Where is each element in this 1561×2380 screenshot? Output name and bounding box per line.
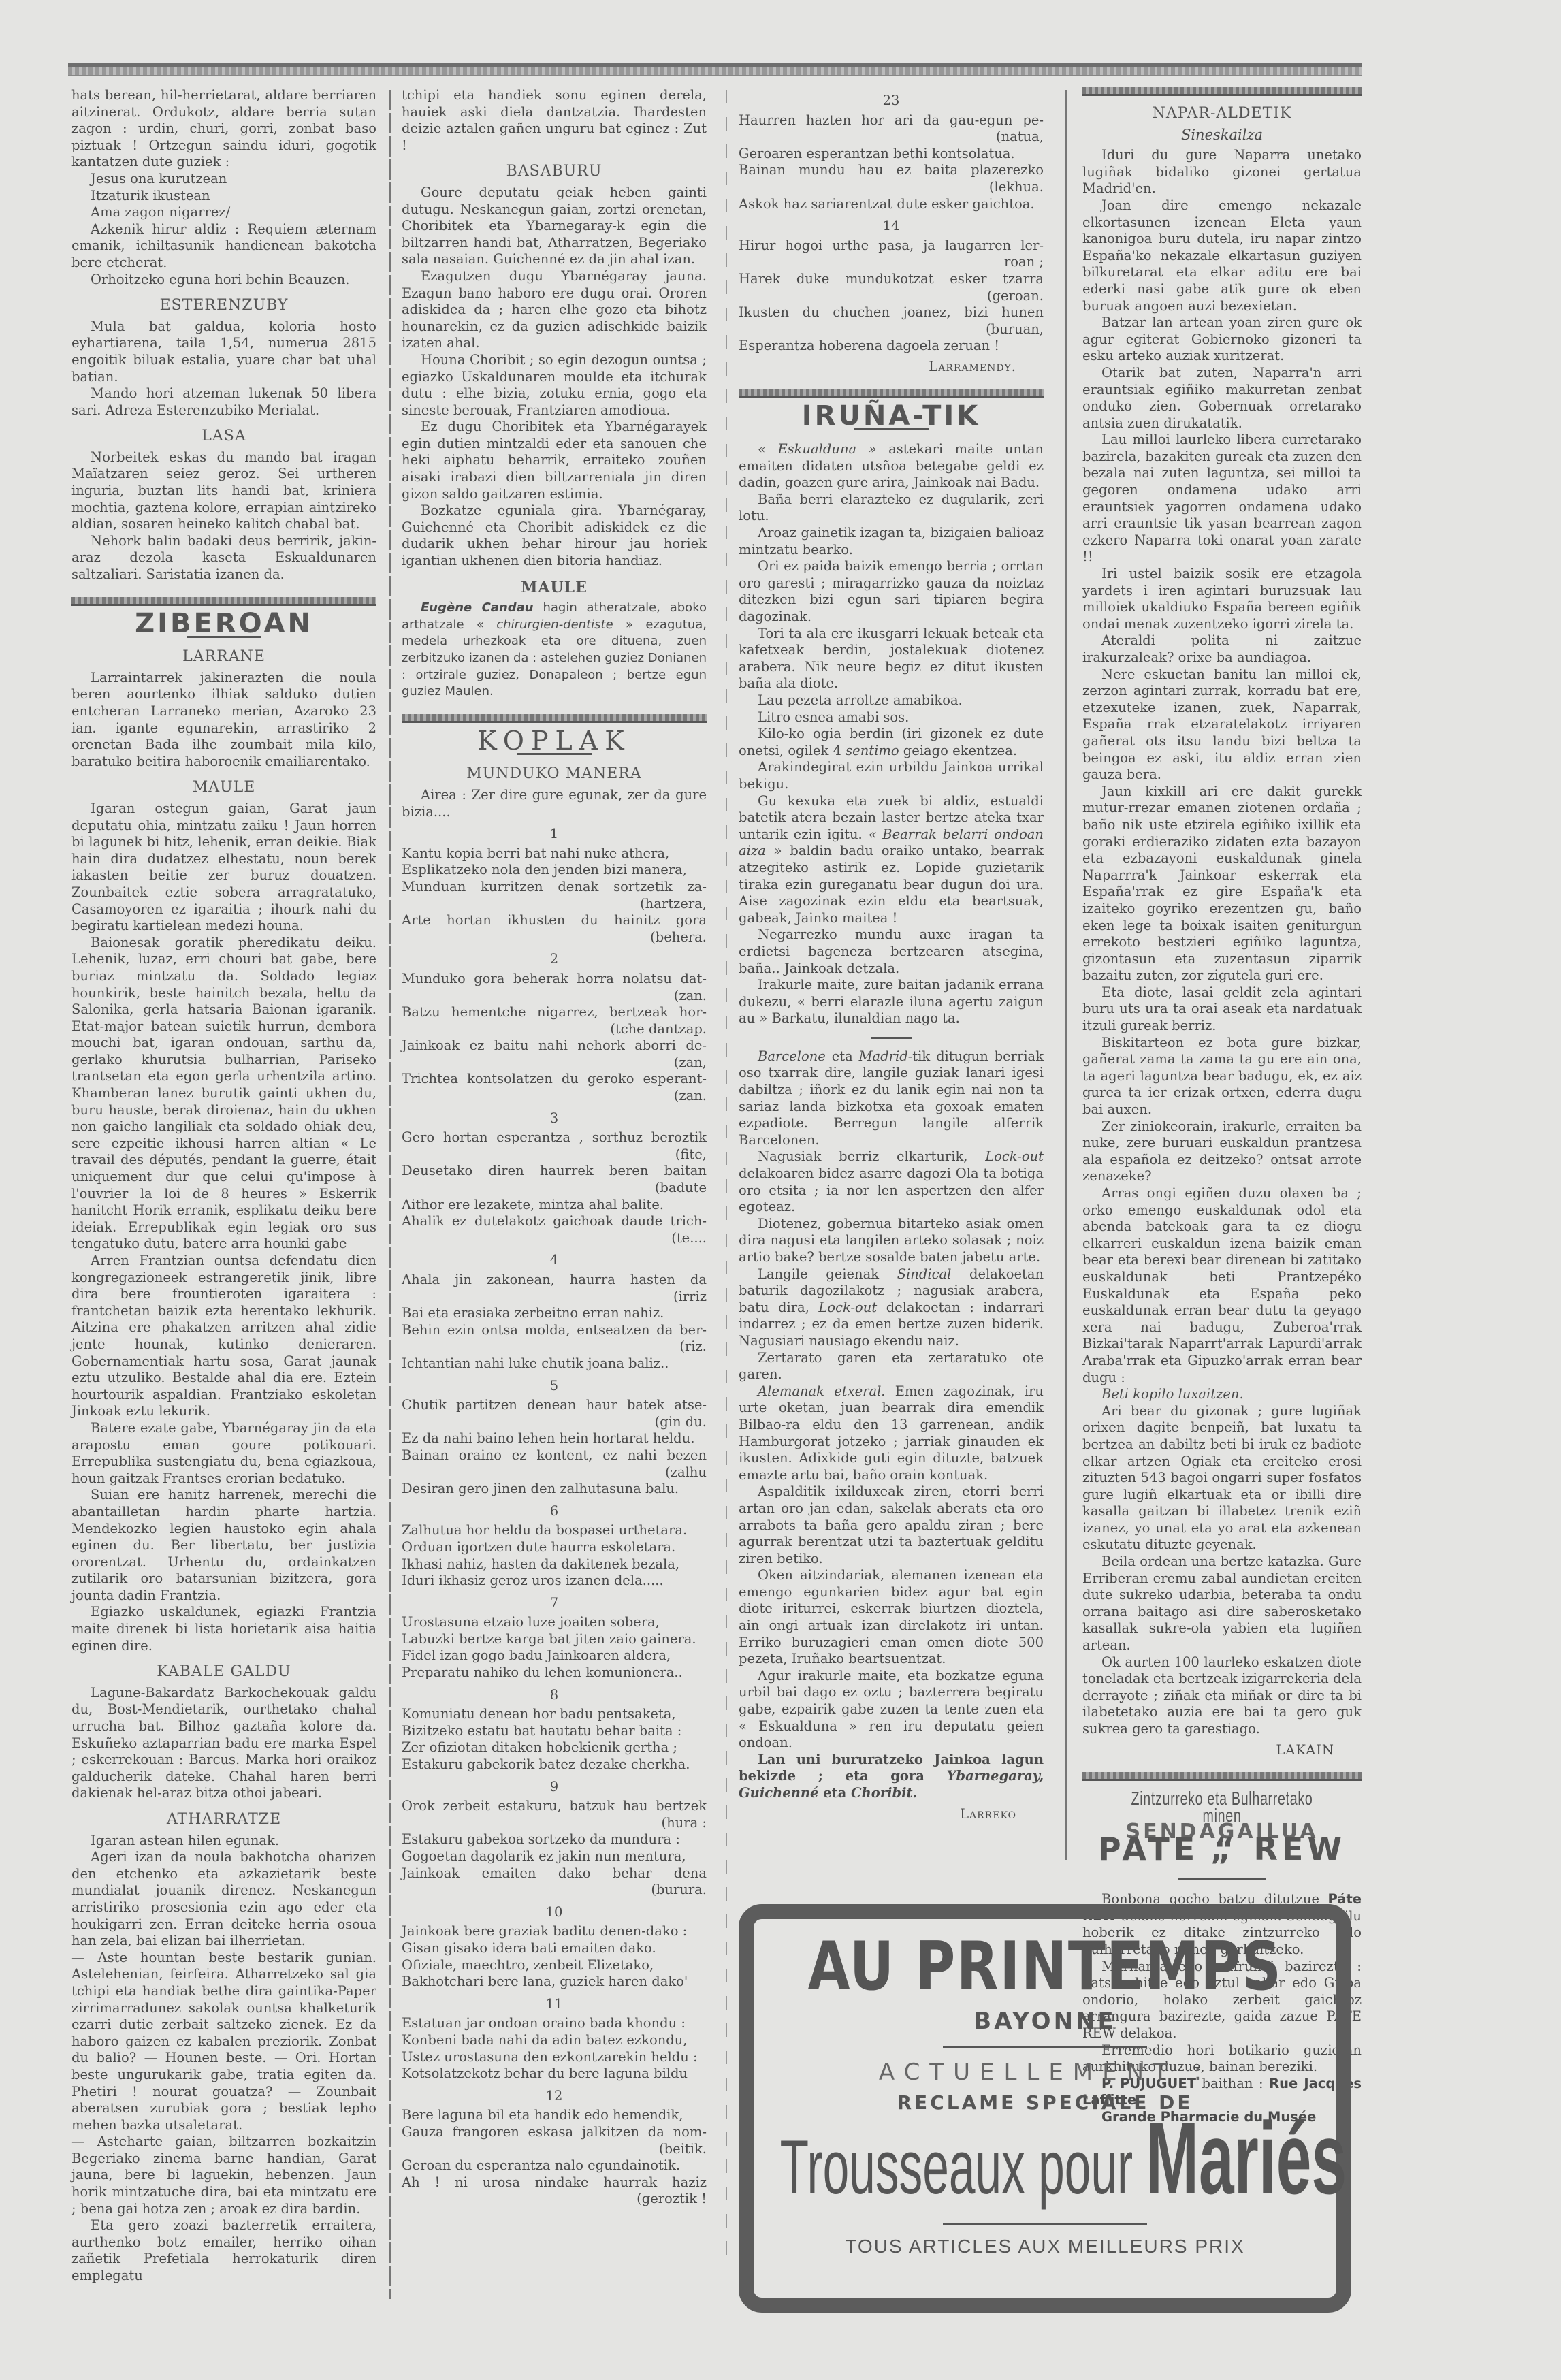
paragraph: Iduri du gure Naparra unetako lugiñak bi…: [1082, 147, 1362, 197]
article-text: hats berean, hil-herrietarat, aldare ber…: [71, 87, 376, 171]
column-4: NAPAR-ALDETIK Sineskailza Iduri du gure …: [1082, 87, 1362, 2125]
verse-continuation: (riz.: [402, 1338, 707, 1355]
column-divider: [1065, 90, 1067, 1860]
section-rule: [1082, 87, 1362, 96]
verse-line: Desiran gero jinen den zalhutasuna balu.: [402, 1481, 707, 1498]
hymn: Jesus ona kurutzean Itzaturik ikustean A…: [71, 171, 376, 221]
stanza-number: 2: [402, 951, 707, 968]
verse-line: Urostasuna etzaio luze joaiten sobera,: [402, 1614, 707, 1631]
verse-continuation: (zan.: [402, 1088, 707, 1105]
paragraph: Ari bear du gizonak ; gure lugiñak orixe…: [1082, 1403, 1362, 1554]
dentist-notice: Eugène Candau hagin atheratzale, aboko a…: [402, 600, 707, 701]
verse-continuation: roan ;: [739, 254, 1044, 271]
verse-line: Bainan oraino ez kontent, ez nahi bezen: [402, 1447, 707, 1464]
paragraph: Beti kopilo luxaitzen.: [1082, 1386, 1362, 1403]
verse-line: Orok zerbeit estakuru, batzuk hau bertze…: [402, 1798, 707, 1815]
ad-rule: [943, 2223, 1147, 2225]
verse-line: Ofiziale, maechtro, zenbeit Elizetako,: [402, 1957, 707, 1974]
stanza-number: 11: [402, 1996, 707, 2013]
paragraph: Arras ongi egiñen duzu olaxen ba ; orko …: [1082, 1185, 1362, 1386]
town-heading: MAULE: [71, 779, 376, 797]
signature: Larramendy.: [739, 359, 1044, 376]
column-2: tchipi eta handiek sonu eginen derela, h…: [402, 87, 707, 2208]
stanza-number: 8: [402, 1687, 707, 1704]
poem-stanzas: 23Haurren hazten hor ari da gau-egun pe-…: [739, 93, 1044, 355]
verse-continuation: (hura :: [402, 1815, 707, 1832]
verse-line: Gauza frangoren eskasa jalkitzen da nom-: [402, 2124, 707, 2141]
verse-continuation: (zalhu: [402, 1464, 707, 1481]
ad-tagline: TOUS ARTICLES AUX MEILLEURS PRIX: [754, 2236, 1336, 2257]
verse-line: Askok haz sariarentzat dute esker gaicht…: [739, 196, 1044, 213]
paragraph: Zer ziniokeorain, irakurle, erraiten ba …: [1082, 1119, 1362, 1185]
verse-line: Geroaren esperantzan bethi kontsolatua.: [739, 146, 1044, 163]
stanza-number: 7: [402, 1595, 707, 1612]
verse-line: Trichtea kontsolatzen du geroko esperant…: [402, 1071, 707, 1088]
verse-line: Kotsolatzekotz behar du bere laguna bild…: [402, 2065, 707, 2082]
town-heading: BASABURU: [402, 163, 707, 180]
verse-line: Chutik partitzen denean haur batek atse-: [402, 1397, 707, 1414]
verse-continuation: (behera.: [402, 929, 707, 946]
verse-continuation: (irriz: [402, 1289, 707, 1306]
verse-line: Geroan du esperantza nalo egundainotik.: [402, 2157, 707, 2174]
verse-line: Ah ! ni urosa nindake haurrak haziz: [402, 2174, 707, 2191]
verse-line: Behin ezin ontsa molda, entseatzen da be…: [402, 1322, 707, 1339]
town-heading: MAULE: [402, 579, 707, 596]
article-body: Iduri du gure Naparra unetako lugiñak bi…: [1082, 147, 1362, 1737]
poem-air: Airea : Zer dire gure egunak, zer da gur…: [402, 787, 707, 820]
column-divider: [389, 90, 391, 2299]
verse-line: Bakhotchari bere lana, guziek haren dako…: [402, 1974, 707, 1991]
signature: Larreko: [739, 1806, 1044, 1823]
verse-line: Munduan kurritzen denak sortzetik za-: [402, 879, 707, 896]
ad-title: AU PRINTEMPS: [806, 1926, 1284, 2008]
verse-continuation: (fite,: [402, 1146, 707, 1163]
poem-title: MUNDUKO MANERA: [402, 766, 707, 783]
verse-continuation: (tche dantzap.: [402, 1021, 707, 1038]
paragraph: Ok aurten 100 laurleko eskatzen diote to…: [1082, 1654, 1362, 1738]
town-heading: KABALE GALDU: [71, 1664, 376, 1681]
verse-continuation: (beitik.: [402, 2141, 707, 2158]
verse-line: Jainkoak ez baitu nahi nehork aborri de-: [402, 1038, 707, 1055]
verse-line: Hirur hogoi urthe pasa, ja laugarren ler…: [739, 238, 1044, 255]
verse-continuation: (gin du.: [402, 1414, 707, 1431]
paragraph: Beila ordean una bertze katazka. Gure Er…: [1082, 1554, 1362, 1654]
section-title: IRUÑA-TIK: [739, 408, 1044, 425]
verse-line: Zalhutua hor heldu da bospasei urthetara…: [402, 1522, 707, 1539]
stanza-number: 23: [739, 93, 1044, 110]
article-title: NAPAR-ALDETIK: [1082, 106, 1362, 123]
verse-line: Bere laguna bil eta handik edo hemendik,: [402, 2107, 707, 2124]
paragraph: Iri ustel baizik sosik ere etzagola yard…: [1082, 566, 1362, 632]
column-3: 23Haurren hazten hor ari da gau-egun pe-…: [739, 87, 1044, 1827]
verse-line: Deusetako diren haurrek beren baitan: [402, 1163, 707, 1180]
verse-line: Zer ofiziotan ditaken hobekienik gertha …: [402, 1739, 707, 1756]
verse-line: Ez da nahi baino lehen hein hortarat hel…: [402, 1430, 707, 1447]
paragraph: Batzar lan artean yoan ziren gure ok agu…: [1082, 315, 1362, 365]
verse-line: Gisan gisako idera bati emaiten dako.: [402, 1940, 707, 1957]
verse-line: Iduri ikhasiz geroz uros izanen dela....…: [402, 1573, 707, 1590]
verse-line: Konbeni bada nahi da adin batez ezkondu,: [402, 2032, 707, 2049]
verse-line: Orduan igortzen dute haurra eskoletara.: [402, 1539, 707, 1556]
ad-rule: [943, 2046, 1147, 2048]
section-rule: [739, 389, 1044, 398]
paragraph: Otarik bat zuten, Naparra'n arri eraunts…: [1082, 365, 1362, 432]
paragraph: Biskitarteon ez bota gure bizkar, gañera…: [1082, 1035, 1362, 1119]
verse-line: Labuzki bertze karga bat jiten zaio gain…: [402, 1631, 707, 1648]
verse-continuation: (natua,: [739, 129, 1044, 146]
newspaper-page: hats berean, hil-herrietarat, aldare ber…: [68, 63, 1362, 2364]
stanza-number: 5: [402, 1378, 707, 1395]
verse-line: Komuniatu denean hor badu pentsaketa,: [402, 1706, 707, 1723]
verse-line: Ustez urostasuna den ezkontzarekin heldu…: [402, 2049, 707, 2066]
verse-line: Munduko gora beherak horra nolatsu dat-: [402, 971, 707, 988]
paragraph: Ateraldi polita ni zaitzue irakurzaleak?…: [1082, 632, 1362, 666]
verse-continuation: (zan.: [402, 988, 707, 1005]
verse-line: Bizitzeko estatu bat hautatu behar baita…: [402, 1723, 707, 1740]
verse-line: Esplikatzeko nola den jenden bizi manera…: [402, 862, 707, 879]
verse-continuation: (te....: [402, 1230, 707, 1247]
signature: LAKAIN: [1082, 1742, 1362, 1759]
verse-line: Jainkoak emaiten dako behar dena: [402, 1865, 707, 1882]
verse-line: Haurren hazten hor ari da gau-egun pe-: [739, 112, 1044, 129]
article-subtitle: Sineskailza: [1082, 127, 1362, 144]
stanza-number: 4: [402, 1252, 707, 1269]
verse-continuation: (badute: [402, 1180, 707, 1197]
verse-continuation: (buruan,: [739, 321, 1044, 338]
verse-line: Arte hortan ikhusten du hainitz gora: [402, 912, 707, 929]
town-heading: ESTERENZUBY: [71, 297, 376, 315]
town-heading: LARRANE: [71, 649, 376, 666]
top-rule: [68, 63, 1362, 76]
verse-line: Bai eta erasiaka zerbeitno erran nahiz.: [402, 1305, 707, 1322]
paragraph: Lau milloi laurleko libera curretarako b…: [1082, 432, 1362, 566]
verse-line: Esperantza hoberena dagoela zeruan !: [739, 338, 1044, 355]
stanza-number: 3: [402, 1110, 707, 1127]
town-heading: ATHARRATZE: [71, 1812, 376, 1829]
ad-now: ACTUELLEMENT :: [754, 2059, 1336, 2086]
stanza-number: 1: [402, 826, 707, 843]
verse-line: Harek duke mundukotzat esker tzarra: [739, 271, 1044, 288]
verse-line: Ikusten du chuchen joanez, bizi hunen: [739, 304, 1044, 321]
column-1: hats berean, hil-herrietarat, aldare ber…: [71, 87, 376, 2285]
stanza-number: 14: [739, 218, 1044, 235]
paragraph: Joan dire emengo nekazale elkortasunen i…: [1082, 197, 1362, 315]
stanza-number: 10: [402, 1904, 707, 1921]
verse-line: Estatuan jar ondoan oraino bada khondu :: [402, 2015, 707, 2032]
paragraph: Jaun kixkill ari ere dakit gurekk mutur-…: [1082, 784, 1362, 984]
verse-continuation: (geroztik !: [402, 2191, 707, 2208]
verse-line: Ichtantian nahi luke chutik joana baliz.…: [402, 1355, 707, 1372]
verse-line: Gogoetan dagolarik ez jakin nun mentura,: [402, 1848, 707, 1865]
verse-line: Aithor ere lezakete, mintza ahal balite.: [402, 1197, 707, 1214]
verse-line: Kantu kopia berri bat nahi nuke athera,: [402, 846, 707, 863]
verse-line: Preparatu nahiko du lehen komunionera..: [402, 1665, 707, 1682]
verse-continuation: (hartzera,: [402, 896, 707, 913]
ad-au-printemps: AU PRINTEMPS BAYONNE ACTUELLEMENT : RECL…: [739, 1904, 1351, 2313]
verse-line: Bainan mundu hau ez baita plazerezko: [739, 162, 1044, 179]
town-heading: LASA: [71, 428, 376, 445]
section-rule: [1082, 1772, 1362, 1781]
verse-line: Estakuru gabekorik batez dezake cherkha.: [402, 1756, 707, 1773]
verse-line: Ahala jin zakonean, haurra hasten da: [402, 1272, 707, 1289]
ad-trousseaux: Trousseaux pour Mariés: [780, 2114, 1310, 2212]
verse-continuation: (geroan.: [739, 288, 1044, 305]
verse-continuation: (lekhua.: [739, 179, 1044, 196]
verse-line: Gero hortan esperantza , sorthuz berozti…: [402, 1129, 707, 1146]
stanza-number: 12: [402, 2088, 707, 2105]
verse-line: Jainkoak bere graziak baditu denen-dako …: [402, 1923, 707, 1940]
stanza-number: 6: [402, 1503, 707, 1520]
section-rule: [71, 597, 376, 606]
verse-line: Ikhasi nahiz, hasten da dakitenek bezala…: [402, 1556, 707, 1573]
verse-continuation: (zan,: [402, 1055, 707, 1072]
paragraph: Eta diote, lasai geldit zela agintari bu…: [1082, 984, 1362, 1035]
stanza-number: 9: [402, 1779, 707, 1796]
verse-line: Estakuru gabekoa sortzeko da mundura :: [402, 1831, 707, 1848]
paragraph: Nere eskuetan banitu lan milloi ek, zerz…: [1082, 666, 1362, 784]
verse-continuation: (burura.: [402, 1882, 707, 1899]
section-title: KOPLAK: [402, 733, 707, 750]
column-divider: [726, 90, 727, 2255]
poem-stanzas: 1Kantu kopia berri bat nahi nuke athera,…: [402, 826, 707, 2208]
short-rule: [871, 1037, 912, 1039]
verse-line: Ahalik ez dutelakotz gaichoak daude tric…: [402, 1213, 707, 1230]
section-title: ZIBEROAN: [71, 615, 376, 632]
section-rule: [402, 714, 707, 723]
verse-line: Fidel izan gogo badu Jainkoaren aldera,: [402, 1647, 707, 1665]
ad-city: BAYONNE: [754, 2008, 1336, 2035]
verse-line: Batzu hementche nigarrez, bertzeak hor-: [402, 1004, 707, 1021]
